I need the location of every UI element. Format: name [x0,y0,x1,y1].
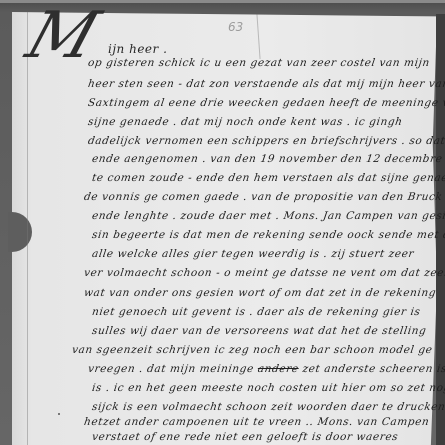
manuscript-line: sijne genaede . dat mij noch onde kent w… [87,116,403,128]
margin-ink-mark [58,413,60,415]
manuscript-line: wat van onder ons gesien wort of om dat … [83,287,437,299]
manuscript-line: Saxtingem al eene drie weecken gedaen he… [87,97,445,109]
manuscript-line: van sgeenzeit schrijven ic zeg noch een … [71,344,433,356]
manuscript-line: ende aengenomen . van den 19 november de… [91,153,443,165]
manuscript-line: alle welcke alles gier tegen weerdig is … [91,248,415,260]
manuscript-line: op gisteren schick ic u een gezat van ze… [87,57,431,69]
manuscript-line: verstaet of ene rede niet een geloeft is… [91,431,399,443]
manuscript-line: ver volmaecht schoon - o meint ge datsse… [83,267,445,279]
manuscript-line: ende lenghte . zoude daer met . Mons. Ja… [91,210,445,222]
manuscript-line: de vonnis ge comen gaede . van de propos… [83,191,443,203]
manuscript-line: sijck is een volmaecht schoon zeit woord… [91,401,445,413]
struck-word: andere [257,363,299,375]
manuscript-line: is . ic en het geen meeste noch costen u… [91,382,445,394]
manuscript-line: heer sten seen - dat zon verstaende als … [87,78,445,90]
manuscript-line: vreegen . dat mijn meininge andere zet a… [87,363,445,375]
manuscript-line: dadelijck vernomen een schippers en brie… [87,135,445,147]
manuscript-line: te comen zoude - ende den hem verstaen a… [91,172,445,184]
manuscript-line: hetzet ander campoenen uit te vreen .. M… [83,416,430,428]
manuscript-line: sin begeerte is dat men de rekening send… [91,229,445,241]
manuscript-line: niet genoech uit gevent is . daer als de… [91,306,421,318]
handwritten-text-body: op gisteren schick ic u een gezat van ze… [0,0,445,445]
manuscript-line: sulles wij daer van de versoreens wat da… [91,325,427,337]
